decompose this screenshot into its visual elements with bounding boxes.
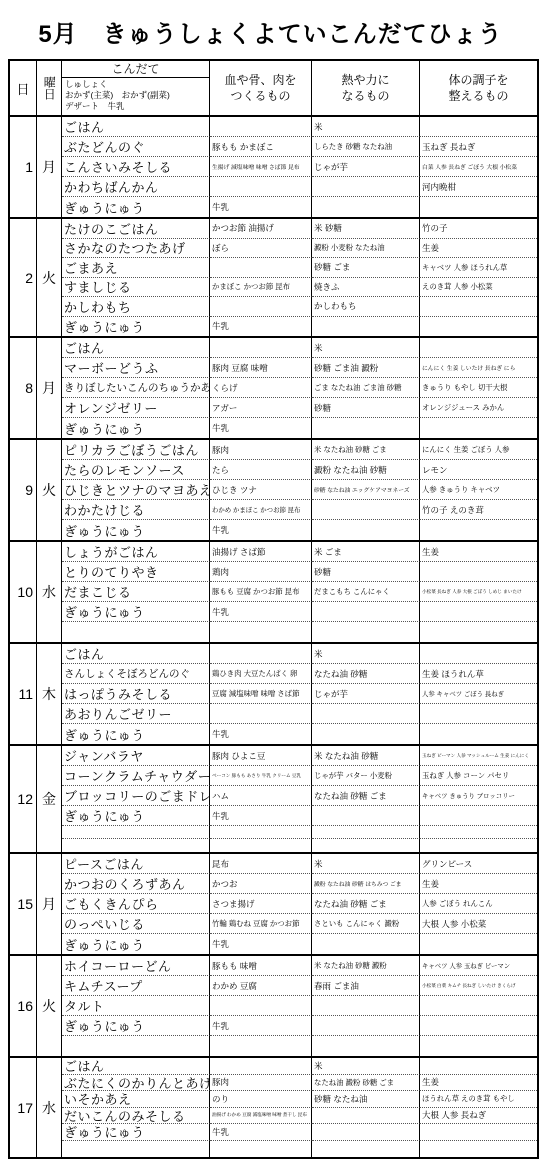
menu-item-cell: ごもくきんぴら — [62, 894, 210, 914]
protein-ingredients-cell: アガー — [210, 398, 312, 418]
energy-ingredients-cell: なたね油 砂糖 — [312, 664, 420, 684]
menu-item-cell: さんしょくそぼろどんのぐ — [62, 664, 210, 684]
regulate-ingredients-cell: 人参 キャベツ ごぼう 長ねぎ — [420, 684, 537, 704]
protein-ingredients-cell: 牛乳 — [210, 520, 312, 540]
regulate-ingredients-cell: 生姜 — [420, 239, 537, 259]
protein-ingredients-cell — [210, 177, 312, 197]
day-number: 1 — [10, 117, 37, 217]
protein-ingredients-cell — [210, 1036, 312, 1056]
protein-ingredients-cell: 牛乳 — [210, 806, 312, 826]
day-number: 10 — [10, 542, 37, 642]
protein-ingredients-cell — [210, 839, 312, 852]
menu-item-cell: ぎゅうにゅう — [62, 1124, 210, 1141]
menu-item-cell: ぶたにくのかりんとあげ — [62, 1075, 210, 1092]
day-group: 12金ジャンバラヤ豚肉 ひよこ豆米 なたね油 砂糖玉ねぎ ピーマン 人参 マッシ… — [10, 746, 537, 854]
regulate-ingredients-cell: 大根 人参 小松菜 — [420, 914, 537, 934]
menu-item-cell: しょうがごはん — [62, 542, 210, 562]
regulate-ingredients-cell: レモン — [420, 460, 537, 480]
regulate-ingredients-cell — [420, 1016, 537, 1036]
header-menu-sub-line: デザート 牛乳 — [65, 101, 209, 112]
protein-ingredients-cell: のり — [210, 1091, 312, 1108]
menu-item-cell: ぎゅうにゅう — [62, 602, 210, 622]
menu-item-cell: ブロッコリーのごまドレ — [62, 786, 210, 806]
weekday: 水 — [37, 1058, 62, 1157]
table-header: 日 曜日 こんだて しゅしょく おかず(主菜) おかず(副菜) デザート 牛乳 … — [10, 61, 537, 117]
regulate-ingredients-cell: 竹の子 えのき茸 — [420, 500, 537, 520]
protein-ingredients-cell: ひじき ツナ — [210, 480, 312, 500]
energy-ingredients-cell: じゃが芋 — [312, 684, 420, 704]
protein-ingredients-cell — [210, 996, 312, 1016]
energy-ingredients-cell: 砂糖 ごま油 澱粉 — [312, 358, 420, 378]
energy-ingredients-cell: さといも こんにゃく 澱粉 — [312, 914, 420, 934]
protein-ingredients-cell: かつお節 油揚げ — [210, 219, 312, 239]
menu-item-cell: キムチスープ — [62, 976, 210, 996]
regulate-ingredients-cell: 河内晩柑 — [420, 177, 537, 197]
energy-ingredients-cell: 焼きふ — [312, 278, 420, 298]
regulate-ingredients-cell: 小松菜 長ねぎ 人参 大根 ごぼう しめじ まいたけ — [420, 582, 537, 602]
protein-ingredients-cell — [210, 338, 312, 358]
regulate-ingredients-cell — [420, 1058, 537, 1075]
weekday: 火 — [37, 440, 62, 540]
regulate-ingredients-cell — [420, 418, 537, 438]
energy-ingredients-cell — [312, 996, 420, 1016]
weekday: 火 — [37, 219, 62, 336]
regulate-ingredients-cell: 人参 ごぼう れんこん — [420, 894, 537, 914]
regulate-ingredients-cell — [420, 562, 537, 582]
day-number: 9 — [10, 440, 37, 540]
day-number: 2 — [10, 219, 37, 336]
regulate-ingredients-cell — [420, 1141, 537, 1158]
day-group: 1月ごはん米ぶたどんのぐ豚もも かまぼこしらたき 砂糖 なたね油玉ねぎ 長ねぎこ… — [10, 117, 537, 219]
regulate-ingredients-cell: 生姜 — [420, 874, 537, 894]
day-number: 17 — [10, 1058, 37, 1157]
protein-ingredients-cell: ベーコン 豚もも あさり 牛乳 クリーム 豆乳 — [210, 766, 312, 786]
regulate-ingredients-cell: きゅうり もやし 切干大根 — [420, 378, 537, 398]
protein-ingredients-cell: 牛乳 — [210, 197, 312, 217]
energy-ingredients-cell: 澱粉 小麦粉 なたね油 — [312, 239, 420, 259]
regulate-ingredients-cell: にんにく 生姜 ごぼう 人参 — [420, 440, 537, 460]
regulate-ingredients-cell: 生姜 — [420, 542, 537, 562]
menu-item-cell: ぎゅうにゅう — [62, 724, 210, 744]
energy-ingredients-cell: 砂糖 なたね油 エッグケアマヨネーズ — [312, 480, 420, 500]
energy-ingredients-cell — [312, 197, 420, 217]
protein-ingredients-cell: 生揚げ 減塩味噌 味噌 さば節 昆布 — [210, 157, 312, 177]
menu-item-cell: ピースごはん — [62, 854, 210, 874]
regulate-ingredients-cell: 白菜 人参 長ねぎ ごぼう 大根 小松菜 — [420, 157, 537, 177]
protein-ingredients-cell: 牛乳 — [210, 724, 312, 744]
regulate-ingredients-cell: オレンジジュース みかん — [420, 398, 537, 418]
energy-ingredients-cell: 米 — [312, 338, 420, 358]
regulate-ingredients-cell: 小松菜 白菜 キムチ 長ねぎ しいたけ きくらげ — [420, 976, 537, 996]
energy-ingredients-cell — [312, 500, 420, 520]
menu-item-cell: ぎゅうにゅう — [62, 317, 210, 337]
regulate-ingredients-cell: キャベツ きゅうり ブロッコリー — [420, 786, 537, 806]
day-group: 17水ごはん米ぶたにくのかりんとあげ豚肉なたね油 澱粉 砂糖 ごま生姜いそかあえ… — [10, 1058, 537, 1157]
energy-ingredients-cell — [312, 1124, 420, 1141]
regulate-ingredients-cell — [420, 1036, 537, 1056]
menu-item-cell: たらのレモンソース — [62, 460, 210, 480]
weekday: 月 — [37, 854, 62, 954]
menu-item-cell — [62, 622, 210, 642]
energy-ingredients-cell: 澱粉 なたね油 砂糖 はちみつ ごま — [312, 874, 420, 894]
header-menu-subtitle: しゅしょく おかず(主菜) おかず(副菜) デザート 牛乳 — [62, 78, 209, 112]
energy-ingredients-cell — [312, 317, 420, 337]
regulate-ingredients-cell — [420, 704, 537, 724]
menu-item-cell: オレンジゼリー — [62, 398, 210, 418]
menu-table: 日 曜日 こんだて しゅしょく おかず(主菜) おかず(副菜) デザート 牛乳 … — [8, 59, 539, 1159]
weekday: 水 — [37, 542, 62, 642]
menu-item-cell: ごはん — [62, 1058, 210, 1075]
energy-ingredients-cell — [312, 1016, 420, 1036]
protein-ingredients-cell — [210, 622, 312, 642]
regulate-ingredients-cell: 人参 きゅうり キャベツ — [420, 480, 537, 500]
regulate-ingredients-cell: グリンピース — [420, 854, 537, 874]
energy-ingredients-cell: 米 ごま — [312, 542, 420, 562]
protein-ingredients-cell: たら — [210, 460, 312, 480]
regulate-ingredients-cell — [420, 996, 537, 1016]
protein-ingredients-cell: 竹輪 鶏むね 豆腐 かつお節 — [210, 914, 312, 934]
menu-item-cell — [62, 839, 210, 852]
protein-ingredients-cell: かまぼこ かつお節 昆布 — [210, 278, 312, 298]
protein-ingredients-cell: 牛乳 — [210, 1016, 312, 1036]
energy-ingredients-cell: 砂糖 — [312, 562, 420, 582]
menu-item-cell — [62, 1036, 210, 1056]
regulate-ingredients-cell — [420, 602, 537, 622]
menu-item-cell: ごはん — [62, 338, 210, 358]
header-menu-sub-line: おかず(主菜) おかず(副菜) — [65, 90, 209, 101]
energy-ingredients-cell: 米 — [312, 1058, 420, 1075]
energy-ingredients-cell — [312, 826, 420, 839]
header-energy-column: 熱や力に なるもの — [312, 61, 420, 115]
menu-item-cell: かしわもち — [62, 297, 210, 317]
energy-ingredients-cell: なたね油 砂糖 ごま — [312, 894, 420, 914]
day-number: 12 — [10, 746, 37, 852]
regulate-ingredients-cell — [420, 338, 537, 358]
energy-ingredients-cell: 澱粉 なたね油 砂糖 — [312, 460, 420, 480]
menu-item-cell: きりぼしたいこんのちゅうかあえ — [62, 378, 210, 398]
energy-ingredients-cell: 米 — [312, 854, 420, 874]
energy-ingredients-cell — [312, 1108, 420, 1125]
menu-item-cell: ごはん — [62, 117, 210, 137]
weekday: 木 — [37, 644, 62, 744]
regulate-ingredients-cell — [420, 317, 537, 337]
day-group: 9火ピリカラごぼうごはん豚肉米 なたね油 砂糖 ごまにんにく 生姜 ごぼう 人参… — [10, 440, 537, 542]
regulate-ingredients-cell — [420, 297, 537, 317]
menu-item-cell: ぎゅうにゅう — [62, 806, 210, 826]
regulate-ingredients-cell: 玉ねぎ ピーマン 人参 マッシュルーム 生姜 にんにく — [420, 746, 537, 766]
menu-item-cell: はっぽうみそしる — [62, 684, 210, 704]
day-number: 8 — [10, 338, 37, 438]
menu-item-cell: こんさいみそしる — [62, 157, 210, 177]
protein-ingredients-cell — [210, 1058, 312, 1075]
energy-ingredients-cell: 米 砂糖 — [312, 219, 420, 239]
weekday: 月 — [37, 338, 62, 438]
regulate-ingredients-cell — [420, 644, 537, 664]
regulate-ingredients-cell: 生姜 ほうれん草 — [420, 664, 537, 684]
menu-item-cell: たけのこごはん — [62, 219, 210, 239]
header-regulate-column: 体の調子を 整えるもの — [420, 61, 537, 115]
regulate-ingredients-cell — [420, 622, 537, 642]
energy-ingredients-cell: 砂糖 なたね油 — [312, 1091, 420, 1108]
energy-ingredients-cell — [312, 1036, 420, 1056]
energy-ingredients-cell: じゃが芋 バター 小麦粉 — [312, 766, 420, 786]
regulate-ingredients-cell: 玉ねぎ 人参 コーン パセリ — [420, 766, 537, 786]
regulate-ingredients-cell — [420, 839, 537, 852]
header-menu-column: こんだて しゅしょく おかず(主菜) おかず(副菜) デザート 牛乳 — [62, 61, 210, 115]
menu-item-cell: あおりんごゼリー — [62, 704, 210, 724]
menu-item-cell: わかたけじる — [62, 500, 210, 520]
protein-ingredients-cell: さつま揚げ — [210, 894, 312, 914]
page-title: 5月 きゅうしょくよていこんだてひょう — [0, 14, 541, 49]
day-group: 2火たけのこごはんかつお節 油揚げ米 砂糖竹の子さかなのたつたあげぼら澱粉 小麦… — [10, 219, 537, 338]
regulate-ingredients-cell: 竹の子 — [420, 219, 537, 239]
regulate-ingredients-cell: キャベツ 人参 玉ねぎ ピーマン — [420, 956, 537, 976]
energy-ingredients-cell: ごま なたね油 ごま油 砂糖 — [312, 378, 420, 398]
energy-ingredients-cell — [312, 839, 420, 852]
header-day-column: 日 — [10, 61, 37, 115]
header-weekday-column: 曜日 — [37, 61, 62, 115]
header-protein-column: 血や骨、肉を つくるもの — [210, 61, 312, 115]
regulate-ingredients-cell: にんにく 生姜 しいたけ 長ねぎ にら — [420, 358, 537, 378]
protein-ingredients-cell: 油揚げ さば節 — [210, 542, 312, 562]
energy-ingredients-cell: 米 なたね油 砂糖 ごま — [312, 440, 420, 460]
menu-item-cell: ぎゅうにゅう — [62, 520, 210, 540]
energy-ingredients-cell: 米 — [312, 644, 420, 664]
menu-item-cell: ごまあえ — [62, 258, 210, 278]
protein-ingredients-cell — [210, 258, 312, 278]
regulate-ingredients-cell: キャベツ 人参 ほうれん草 — [420, 258, 537, 278]
energy-ingredients-cell: 米 なたね油 砂糖 — [312, 746, 420, 766]
menu-item-cell: ピリカラごぼうごはん — [62, 440, 210, 460]
menu-item-cell: いそかあえ — [62, 1091, 210, 1108]
regulate-ingredients-cell — [420, 826, 537, 839]
regulate-ingredients-cell: 生姜 — [420, 1075, 537, 1092]
energy-ingredients-cell: 砂糖 — [312, 398, 420, 418]
regulate-ingredients-cell — [420, 1124, 537, 1141]
regulate-ingredients-cell: 大根 人参 長ねぎ — [420, 1108, 537, 1125]
menu-item-cell: ごはん — [62, 644, 210, 664]
day-group: 16火ホイコーローどん豚もも 味噌米 なたね油 砂糖 澱粉キャベツ 人参 玉ねぎ… — [10, 956, 537, 1058]
energy-ingredients-cell: だまこもち こんにゃく — [312, 582, 420, 602]
protein-ingredients-cell: かつお — [210, 874, 312, 894]
energy-ingredients-cell — [312, 177, 420, 197]
menu-item-cell: ぎゅうにゅう — [62, 418, 210, 438]
menu-item-cell: ぶたどんのぐ — [62, 137, 210, 157]
menu-item-cell: ひじきとツナのマヨあえ — [62, 480, 210, 500]
protein-ingredients-cell — [210, 826, 312, 839]
menu-item-cell — [62, 826, 210, 839]
protein-ingredients-cell: 牛乳 — [210, 602, 312, 622]
menu-item-cell: ぎゅうにゅう — [62, 934, 210, 954]
day-group: 11木ごはん米さんしょくそぼろどんのぐ鶏ひき肉 大豆たんぱく 卵なたね油 砂糖生… — [10, 644, 537, 746]
day-group: 15月ピースごはん昆布米グリンピースかつおのくろずあんかつお澱粉 なたね油 砂糖… — [10, 854, 537, 956]
regulate-ingredients-cell: ほうれん草 えのき茸 もやし — [420, 1091, 537, 1108]
protein-ingredients-cell: 豚肉 — [210, 1075, 312, 1092]
menu-item-cell: タルト — [62, 996, 210, 1016]
menu-item-cell: かつおのくろずあん — [62, 874, 210, 894]
menu-item-cell: コーンクラムチャウダー — [62, 766, 210, 786]
energy-ingredients-cell: かしわもち — [312, 297, 420, 317]
protein-ingredients-cell: 牛乳 — [210, 418, 312, 438]
regulate-ingredients-cell — [420, 197, 537, 217]
regulate-ingredients-cell — [420, 520, 537, 540]
protein-ingredients-cell: ぼら — [210, 239, 312, 259]
energy-ingredients-cell — [312, 520, 420, 540]
energy-ingredients-cell: 米 なたね油 砂糖 澱粉 — [312, 956, 420, 976]
protein-ingredients-cell — [210, 704, 312, 724]
header-menu-title: こんだて — [62, 61, 209, 78]
weekday: 火 — [37, 956, 62, 1056]
energy-ingredients-cell — [312, 418, 420, 438]
menu-item-cell: だいこんのみそしる — [62, 1108, 210, 1125]
menu-item-cell: ホイコーローどん — [62, 956, 210, 976]
energy-ingredients-cell: 砂糖 ごま — [312, 258, 420, 278]
energy-ingredients-cell: なたね油 砂糖 ごま — [312, 786, 420, 806]
protein-ingredients-cell — [210, 117, 312, 137]
regulate-ingredients-cell — [420, 117, 537, 137]
protein-ingredients-cell: 豚もも 豆腐 かつお節 昆布 — [210, 582, 312, 602]
regulate-ingredients-cell: えのき茸 人参 小松菜 — [420, 278, 537, 298]
day-number: 15 — [10, 854, 37, 954]
weekday: 金 — [37, 746, 62, 852]
protein-ingredients-cell: わかめ かまぼこ かつお節 昆布 — [210, 500, 312, 520]
menu-item-cell: のっぺいじる — [62, 914, 210, 934]
protein-ingredients-cell: 牛乳 — [210, 934, 312, 954]
protein-ingredients-cell: 豚肉 豆腐 味噌 — [210, 358, 312, 378]
menu-item-cell — [62, 1141, 210, 1158]
protein-ingredients-cell: 牛乳 — [210, 1124, 312, 1141]
regulate-ingredients-cell — [420, 724, 537, 744]
regulate-ingredients-cell: 玉ねぎ 長ねぎ — [420, 137, 537, 157]
menu-item-cell: さかなのたつたあげ — [62, 239, 210, 259]
menu-item-cell: マーボーどうふ — [62, 358, 210, 378]
menu-item-cell: ジャンバラヤ — [62, 746, 210, 766]
protein-ingredients-cell: わかめ 豆腐 — [210, 976, 312, 996]
protein-ingredients-cell — [210, 1141, 312, 1158]
weekday: 月 — [37, 117, 62, 217]
energy-ingredients-cell: じゃが芋 — [312, 157, 420, 177]
protein-ingredients-cell — [210, 644, 312, 664]
protein-ingredients-cell: 鶏ひき肉 大豆たんぱく 卵 — [210, 664, 312, 684]
menu-item-cell: だまこじる — [62, 582, 210, 602]
day-group: 10水しょうがごはん油揚げ さば節米 ごま生姜とりのてりやき鶏肉砂糖だまこじる豚… — [10, 542, 537, 644]
protein-ingredients-cell — [210, 297, 312, 317]
day-number: 16 — [10, 956, 37, 1056]
protein-ingredients-cell: 油揚げ わかめ 豆腐 減塩味噌 味噌 煮干し 昆布 — [210, 1108, 312, 1125]
energy-ingredients-cell — [312, 602, 420, 622]
protein-ingredients-cell: ハム — [210, 786, 312, 806]
protein-ingredients-cell: 豚もも かまぼこ — [210, 137, 312, 157]
energy-ingredients-cell — [312, 806, 420, 826]
day-group: 8月ごはん米マーボーどうふ豚肉 豆腐 味噌砂糖 ごま油 澱粉にんにく 生姜 しい… — [10, 338, 537, 440]
energy-ingredients-cell — [312, 704, 420, 724]
protein-ingredients-cell: くらげ — [210, 378, 312, 398]
regulate-ingredients-cell — [420, 934, 537, 954]
menu-item-cell: とりのてりやき — [62, 562, 210, 582]
menu-item-cell: ぎゅうにゅう — [62, 197, 210, 217]
menu-item-cell: すましじる — [62, 278, 210, 298]
energy-ingredients-cell: 米 — [312, 117, 420, 137]
table-body: 1月ごはん米ぶたどんのぐ豚もも かまぼこしらたき 砂糖 なたね油玉ねぎ 長ねぎこ… — [10, 117, 537, 1157]
energy-ingredients-cell: しらたき 砂糖 なたね油 — [312, 137, 420, 157]
energy-ingredients-cell — [312, 934, 420, 954]
day-number: 11 — [10, 644, 37, 744]
protein-ingredients-cell: 豆腐 減塩味噌 味噌 さば節 — [210, 684, 312, 704]
energy-ingredients-cell — [312, 1141, 420, 1158]
header-menu-sub-line: しゅしょく — [65, 79, 209, 90]
energy-ingredients-cell: 春雨 ごま油 — [312, 976, 420, 996]
energy-ingredients-cell — [312, 724, 420, 744]
menu-item-cell: かわちばんかん — [62, 177, 210, 197]
menu-item-cell: ぎゅうにゅう — [62, 1016, 210, 1036]
energy-ingredients-cell — [312, 622, 420, 642]
protein-ingredients-cell: 昆布 — [210, 854, 312, 874]
protein-ingredients-cell: 牛乳 — [210, 317, 312, 337]
protein-ingredients-cell: 鶏肉 — [210, 562, 312, 582]
energy-ingredients-cell: なたね油 澱粉 砂糖 ごま — [312, 1075, 420, 1092]
protein-ingredients-cell: 豚肉 — [210, 440, 312, 460]
protein-ingredients-cell: 豚肉 ひよこ豆 — [210, 746, 312, 766]
protein-ingredients-cell: 豚もも 味噌 — [210, 956, 312, 976]
regulate-ingredients-cell — [420, 806, 537, 826]
